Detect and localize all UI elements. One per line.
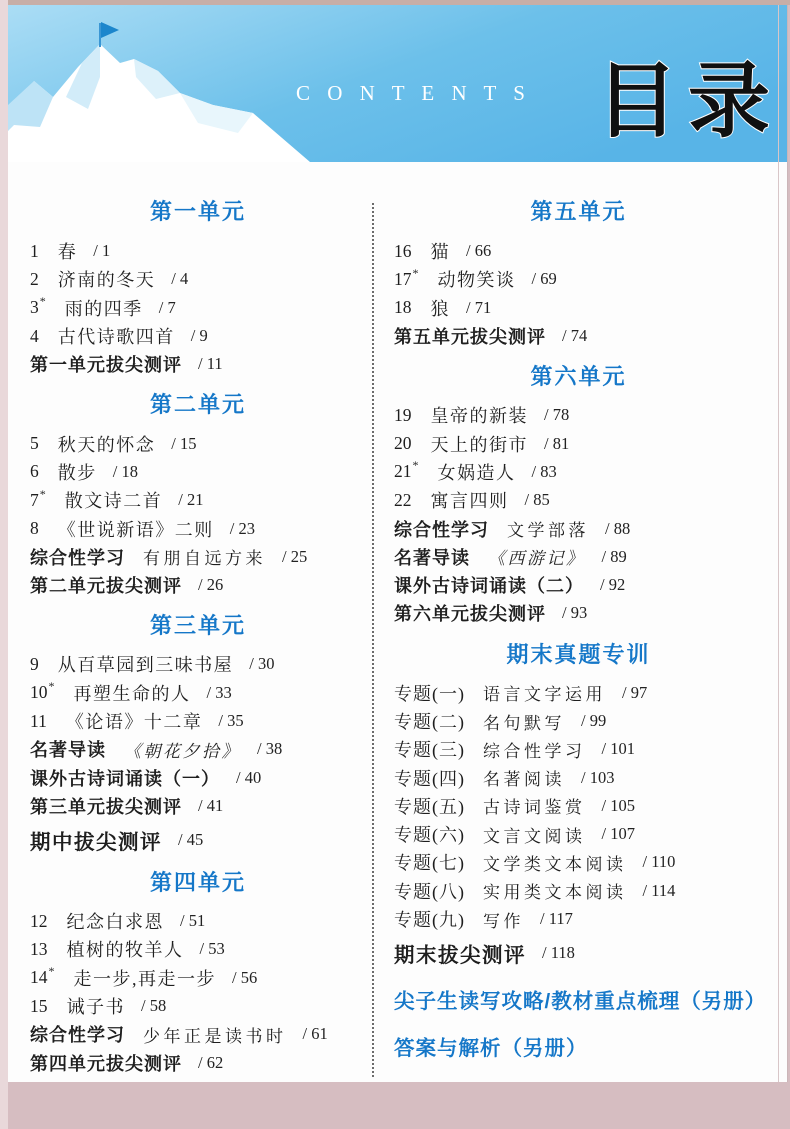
toc-item: 尖子生读写攻略/教材重点梳理（另册） — [394, 982, 763, 1016]
header-banner: C O N T E N T S 目录 — [8, 5, 787, 164]
toc-item: 7*散文诗二首/ 21 — [30, 486, 366, 514]
lesson-title: 狼 — [431, 295, 451, 321]
page-number: / 71 — [466, 298, 491, 318]
lesson-title: 散文诗二首 — [65, 487, 163, 513]
page-number: / 83 — [532, 462, 557, 482]
page-number: / 62 — [198, 1053, 223, 1073]
lesson-number: 19 — [394, 405, 412, 426]
entry-subtitle: 名句默写 — [483, 709, 565, 734]
page-number: / 105 — [602, 796, 635, 816]
lesson-number: 13 — [30, 939, 48, 960]
entry-subtitle: 语言文字运用 — [483, 680, 606, 705]
lesson-number: 1 — [30, 241, 39, 262]
page-number: / 101 — [602, 739, 635, 759]
lesson-title: 植树的牧羊人 — [67, 936, 184, 962]
page-number: / 103 — [581, 768, 614, 788]
lesson-number: 15 — [30, 996, 48, 1017]
unit-heading: 第五单元 — [394, 197, 763, 227]
self-read-asterisk: * — [40, 488, 46, 500]
page-number: / 18 — [113, 462, 138, 482]
scanned-toc-page: { "theme": { "accent_blue": "#1577c8", "… — [0, 0, 790, 1129]
toc-item: 第三单元拔尖测评/ 41 — [30, 792, 366, 820]
toc-item: 20天上的街市/ 81 — [394, 429, 763, 457]
toc-item: 名著导读《西游记》/ 89 — [394, 543, 763, 571]
page-number: / 1 — [93, 241, 110, 261]
page-number: / 9 — [191, 326, 208, 346]
lesson-title: 猫 — [431, 238, 451, 264]
entry-subtitle: 有朋自远方来 — [143, 544, 266, 569]
page-number: / 40 — [236, 768, 261, 788]
toc-item: 4古代诗歌四首/ 9 — [30, 322, 366, 350]
lesson-title: 散步 — [58, 459, 97, 485]
page-number: / 23 — [230, 519, 255, 539]
lesson-title: 皇帝的新装 — [431, 402, 529, 428]
entry-label: 专题(九) — [394, 906, 465, 932]
entry-label: 综合性学习 — [394, 516, 489, 542]
toc-item: 第四单元拔尖测评/ 62 — [30, 1049, 366, 1077]
toc-item: 第一单元拔尖测评/ 11 — [30, 350, 366, 378]
toc-item: 专题(二)名句默写/ 99 — [394, 707, 763, 735]
page-number: / 74 — [562, 326, 587, 346]
page-number: / 81 — [544, 434, 569, 454]
toc-item: 8《世说新语》二则/ 23 — [30, 514, 366, 542]
toc-item: 19皇帝的新装/ 78 — [394, 401, 763, 429]
entry-label: 第四单元拔尖测评 — [30, 1050, 182, 1076]
entry-label: 第三单元拔尖测评 — [30, 793, 182, 819]
page-number: / 11 — [198, 354, 223, 374]
toc-item: 12纪念白求恩/ 51 — [30, 907, 366, 935]
lesson-number: 22 — [394, 490, 412, 511]
entry-label: 第二单元拔尖测评 — [30, 572, 182, 598]
toc-column-right: 第五单元16猫/ 6617*动物笑谈/ 6918狼/ 71第五单元拔尖测评/ 7… — [374, 163, 787, 1082]
lesson-title: 纪念白求恩 — [67, 908, 165, 934]
toc-item: 16猫/ 66 — [394, 237, 763, 265]
page-number: / 99 — [581, 711, 606, 731]
lesson-title: 秋天的怀念 — [58, 431, 156, 457]
page-number: / 4 — [171, 269, 188, 289]
page-number: / 51 — [180, 911, 205, 931]
page-number: / 38 — [257, 739, 282, 759]
toc-item: 6散步/ 18 — [30, 458, 366, 486]
lesson-number: 2 — [30, 269, 39, 290]
entry-subtitle: 文言文阅读 — [483, 822, 586, 847]
toc-item: 2济南的冬天/ 4 — [30, 265, 366, 293]
page-number: / 92 — [600, 575, 625, 595]
lesson-title: 再塑生命的人 — [74, 680, 191, 706]
page-number: / 85 — [525, 490, 550, 510]
toc-item: 9从百草园到三味书屋/ 30 — [30, 650, 366, 678]
lesson-title: 雨的四季 — [65, 295, 143, 321]
lesson-title: 古代诗歌四首 — [58, 323, 175, 349]
entry-subtitle: 写作 — [483, 907, 524, 932]
toc-sheet: C O N T E N T S 目录 第一单元1春/ 12济南的冬天/ 43*雨… — [8, 5, 788, 1082]
page-number: / 25 — [282, 547, 307, 567]
page-title: 目录 — [596, 56, 780, 147]
page-number: / 118 — [542, 943, 575, 963]
entry-subtitle: 《西游记》 — [488, 544, 586, 569]
lesson-title: 春 — [58, 238, 78, 264]
toc-item: 21*女娲造人/ 83 — [394, 458, 763, 486]
lesson-number: 17* — [394, 269, 419, 290]
unit-heading: 第二单元 — [30, 390, 366, 420]
self-read-asterisk: * — [49, 965, 55, 977]
lesson-title: 寓言四则 — [431, 487, 509, 513]
page-edge-shadow — [778, 5, 779, 1082]
page-number: / 117 — [540, 909, 573, 929]
unit-heading: 期末真题专训 — [394, 640, 763, 670]
entry-subtitle: 少年正是读书时 — [143, 1022, 287, 1047]
unit-heading: 第一单元 — [30, 197, 366, 227]
page-number: / 58 — [141, 996, 166, 1016]
toc-item: 期末拔尖测评/ 118 — [394, 937, 763, 969]
page-number: / 110 — [643, 852, 676, 872]
entry-subtitle: 文学类文本阅读 — [483, 850, 627, 875]
toc-item: 专题(九)写作/ 117 — [394, 905, 763, 933]
page-number: / 41 — [198, 796, 223, 816]
toc-item: 22寓言四则/ 85 — [394, 486, 763, 514]
toc-item: 14*走一步,再走一步/ 56 — [30, 964, 366, 992]
entry-subtitle: 名著阅读 — [483, 765, 565, 790]
self-read-asterisk: * — [49, 680, 55, 692]
page-number: / 33 — [207, 683, 232, 703]
lesson-number: 14* — [30, 967, 55, 988]
toc-item: 专题(四)名著阅读/ 103 — [394, 763, 763, 791]
entry-subtitle: 文学部落 — [507, 516, 589, 541]
page-number: / 88 — [605, 519, 630, 539]
toc-item: 第六单元拔尖测评/ 93 — [394, 599, 763, 627]
entry-subtitle: 实用类文本阅读 — [483, 878, 627, 903]
lesson-number: 20 — [394, 433, 412, 454]
entry-label: 期末拔尖测评 — [394, 938, 526, 968]
entry-label: 专题(四) — [394, 765, 465, 791]
page-number: / 61 — [303, 1024, 328, 1044]
toc-item: 课外古诗词诵读（一）/ 40 — [30, 763, 366, 791]
unit-heading: 第六单元 — [394, 362, 763, 392]
lesson-number: 8 — [30, 518, 39, 539]
self-read-asterisk: * — [413, 267, 419, 279]
toc-item: 综合性学习有朋自远方来/ 25 — [30, 543, 366, 571]
self-read-asterisk: * — [413, 459, 419, 471]
toc-item: 专题(八)实用类文本阅读/ 114 — [394, 877, 763, 905]
lesson-number: 12 — [30, 911, 48, 932]
lesson-number: 7* — [30, 490, 46, 511]
page-number: / 69 — [532, 269, 557, 289]
entry-label: 第一单元拔尖测评 — [30, 351, 182, 377]
lesson-number: 4 — [30, 326, 39, 347]
page-number: / 97 — [622, 683, 647, 703]
page-number: / 66 — [466, 241, 491, 261]
lesson-title: 女娲造人 — [438, 459, 516, 485]
unit-heading: 第四单元 — [30, 868, 366, 898]
lesson-number: 10* — [30, 682, 55, 703]
toc-item: 专题(一)语言文字运用/ 97 — [394, 679, 763, 707]
unit-heading: 第三单元 — [30, 611, 366, 641]
entry-label: 综合性学习 — [30, 544, 125, 570]
entry-label: 专题(二) — [394, 708, 465, 734]
header-english-title: C O N T E N T S — [296, 81, 531, 105]
entry-label: 专题(七) — [394, 849, 465, 875]
toc-item: 11《论语》十二章/ 35 — [30, 707, 366, 735]
entry-label: 第六单元拔尖测评 — [394, 600, 546, 626]
lesson-title: 走一步,再走一步 — [74, 965, 217, 991]
toc-item: 综合性学习少年正是读书时/ 61 — [30, 1020, 366, 1048]
toc-item: 第二单元拔尖测评/ 26 — [30, 571, 366, 599]
page-number: / 114 — [643, 881, 676, 901]
entry-subtitle: 古诗词鉴赏 — [483, 793, 586, 818]
page-number: / 7 — [159, 298, 176, 318]
toc-item: 13植树的牧羊人/ 53 — [30, 935, 366, 963]
toc-item: 专题(六)文言文阅读/ 107 — [394, 820, 763, 848]
toc-item: 答案与解析（另册） — [394, 1029, 763, 1063]
toc-item: 第五单元拔尖测评/ 74 — [394, 322, 763, 350]
page-number: / 78 — [544, 405, 569, 425]
lesson-title: 《世说新语》二则 — [58, 516, 214, 542]
toc-item: 17*动物笑谈/ 69 — [394, 265, 763, 293]
page-number: / 15 — [171, 434, 196, 454]
page-number: / 89 — [602, 547, 627, 567]
entry-subtitle: 综合性学习 — [483, 737, 586, 762]
page-number: / 35 — [218, 711, 243, 731]
entry-label: 专题(六) — [394, 821, 465, 847]
entry-label: 名著导读 — [30, 736, 106, 762]
toc-item: 10*再塑生命的人/ 33 — [30, 679, 366, 707]
lesson-number: 3* — [30, 297, 46, 318]
lesson-title: 天上的街市 — [431, 431, 529, 457]
self-read-asterisk: * — [40, 295, 46, 307]
toc-item: 综合性学习文学部落/ 88 — [394, 514, 763, 542]
page-number: / 45 — [178, 830, 203, 850]
page-number: / 93 — [562, 603, 587, 623]
toc-item: 专题(五)古诗词鉴赏/ 105 — [394, 792, 763, 820]
entry-label: 答案与解析（另册） — [394, 1031, 588, 1061]
toc-item: 专题(七)文学类文本阅读/ 110 — [394, 848, 763, 876]
toc-column-left: 第一单元1春/ 12济南的冬天/ 43*雨的四季/ 74古代诗歌四首/ 9第一单… — [8, 163, 372, 1082]
entry-label: 课外古诗词诵读（二） — [394, 572, 584, 598]
entry-label: 名著导读 — [394, 544, 470, 570]
toc-item: 课外古诗词诵读（二）/ 92 — [394, 571, 763, 599]
page-number: / 56 — [232, 968, 257, 988]
page-number: / 30 — [249, 654, 274, 674]
page-number: / 26 — [198, 575, 223, 595]
toc-item: 18狼/ 71 — [394, 294, 763, 322]
lesson-title: 诫子书 — [67, 993, 126, 1019]
lesson-number: 9 — [30, 654, 39, 675]
toc-item: 名著导读《朝花夕拾》/ 38 — [30, 735, 366, 763]
toc-item: 3*雨的四季/ 7 — [30, 294, 366, 322]
entry-label: 专题(五) — [394, 793, 465, 819]
entry-label: 专题(三) — [394, 736, 465, 762]
lesson-title: 《论语》十二章 — [66, 708, 203, 734]
entry-label: 期中拔尖测评 — [30, 825, 162, 855]
lesson-number: 6 — [30, 461, 39, 482]
toc-item: 15诫子书/ 58 — [30, 992, 366, 1020]
toc-body: 第一单元1春/ 12济南的冬天/ 43*雨的四季/ 74古代诗歌四首/ 9第一单… — [8, 163, 787, 1082]
lesson-number: 11 — [30, 711, 47, 732]
lesson-title: 从百草园到三味书屋 — [58, 651, 234, 677]
toc-item: 5秋天的怀念/ 15 — [30, 429, 366, 457]
page-number: / 21 — [178, 490, 203, 510]
toc-item: 1春/ 1 — [30, 237, 366, 265]
entry-label: 课外古诗词诵读（一） — [30, 765, 220, 791]
lesson-number: 16 — [394, 241, 412, 262]
entry-label: 综合性学习 — [30, 1021, 125, 1047]
toc-item: 期中拔尖测评/ 45 — [30, 824, 366, 856]
page-number: / 53 — [200, 939, 225, 959]
entry-label: 专题(一) — [394, 680, 465, 706]
scan-frame-left — [0, 0, 8, 1129]
lesson-number: 21* — [394, 461, 419, 482]
lesson-title: 动物笑谈 — [438, 266, 516, 292]
entry-label: 专题(八) — [394, 878, 465, 904]
entry-subtitle: 《朝花夕拾》 — [124, 737, 241, 762]
lesson-number: 5 — [30, 433, 39, 454]
page-number: / 107 — [602, 824, 635, 844]
entry-label: 尖子生读写攻略/教材重点梳理（另册） — [394, 984, 763, 1014]
lesson-number: 18 — [394, 297, 412, 318]
entry-label: 第五单元拔尖测评 — [394, 323, 546, 349]
lesson-title: 济南的冬天 — [58, 266, 156, 292]
toc-item: 专题(三)综合性学习/ 101 — [394, 735, 763, 763]
